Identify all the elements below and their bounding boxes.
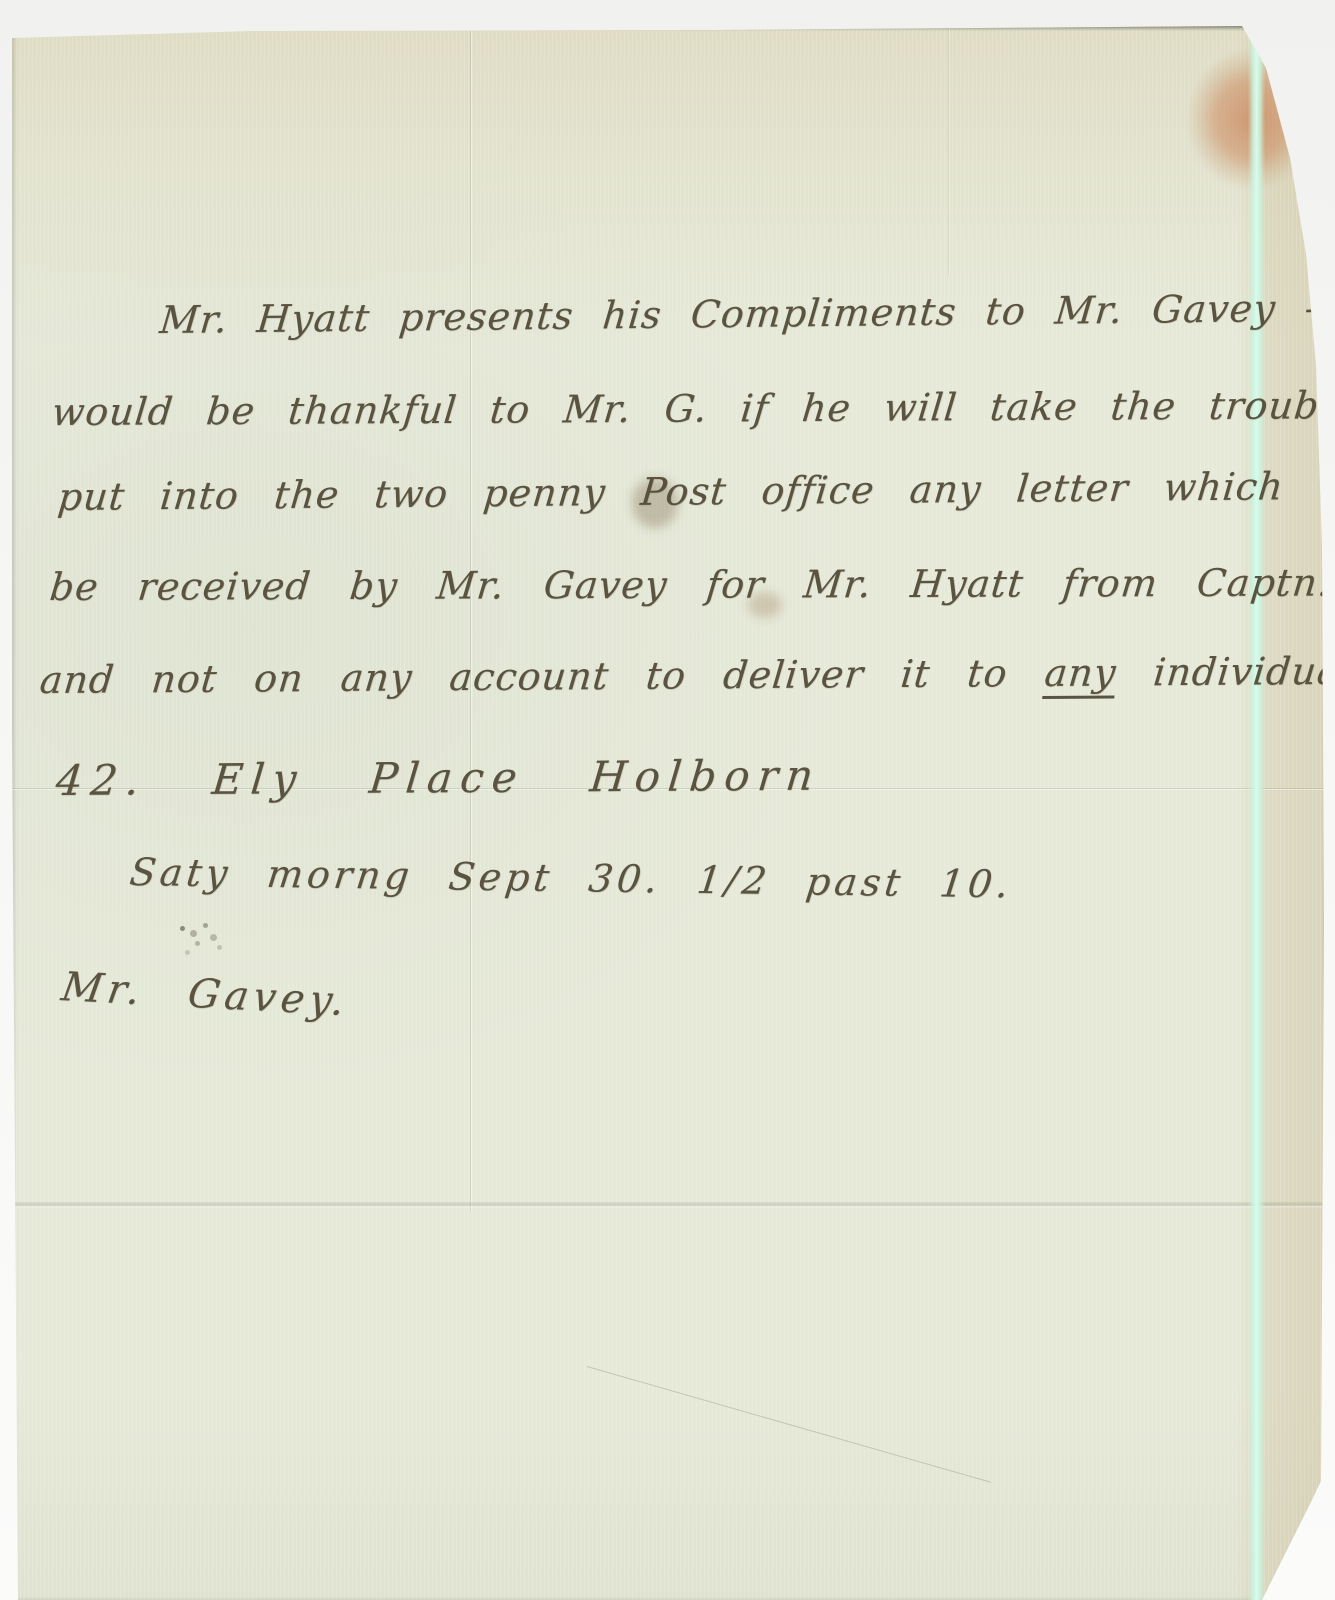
letter-body-line-5: and not on any account to deliver it to …	[38, 652, 1335, 699]
scanner-stripe-artifact	[1248, 26, 1265, 1600]
date-line: Saty morng Sept 30. 1/2 past 10.	[128, 853, 1015, 903]
paper-top-edge-shadow	[12, 26, 1250, 31]
underlined-word: any	[1042, 650, 1118, 698]
diagonal-crease	[587, 1366, 991, 1483]
addressee-line: Mr. Gavey.	[59, 967, 352, 1022]
horizontal-fold-crease	[12, 1202, 1324, 1208]
ink-blot	[180, 926, 185, 931]
letter-body-line-5-post: individual	[1114, 649, 1335, 695]
letter-body-line-3: put into the two penny Post office any l…	[56, 466, 1335, 516]
vertical-fold-crease	[470, 26, 471, 1211]
vertical-fold-crease	[948, 26, 949, 276]
letter-scan: Mr. Hyatt presents his Compliments to Mr…	[0, 0, 1335, 1600]
letter-body-line-1: Mr. Hyatt presents his Compliments to Mr…	[158, 287, 1335, 339]
letter-body-line-5-pre: and not on any account to deliver it to	[38, 651, 1047, 702]
letter-body-line-2: would be thankful to Mr. G. if he will t…	[50, 386, 1335, 431]
address-line: 42. Ely Place Holborn	[54, 755, 823, 802]
letter-body-line-4: be received by Mr. Gavey for Mr. Hyatt f…	[48, 563, 1335, 606]
letter-paper: Mr. Hyatt presents his Compliments to Mr…	[12, 26, 1324, 1600]
